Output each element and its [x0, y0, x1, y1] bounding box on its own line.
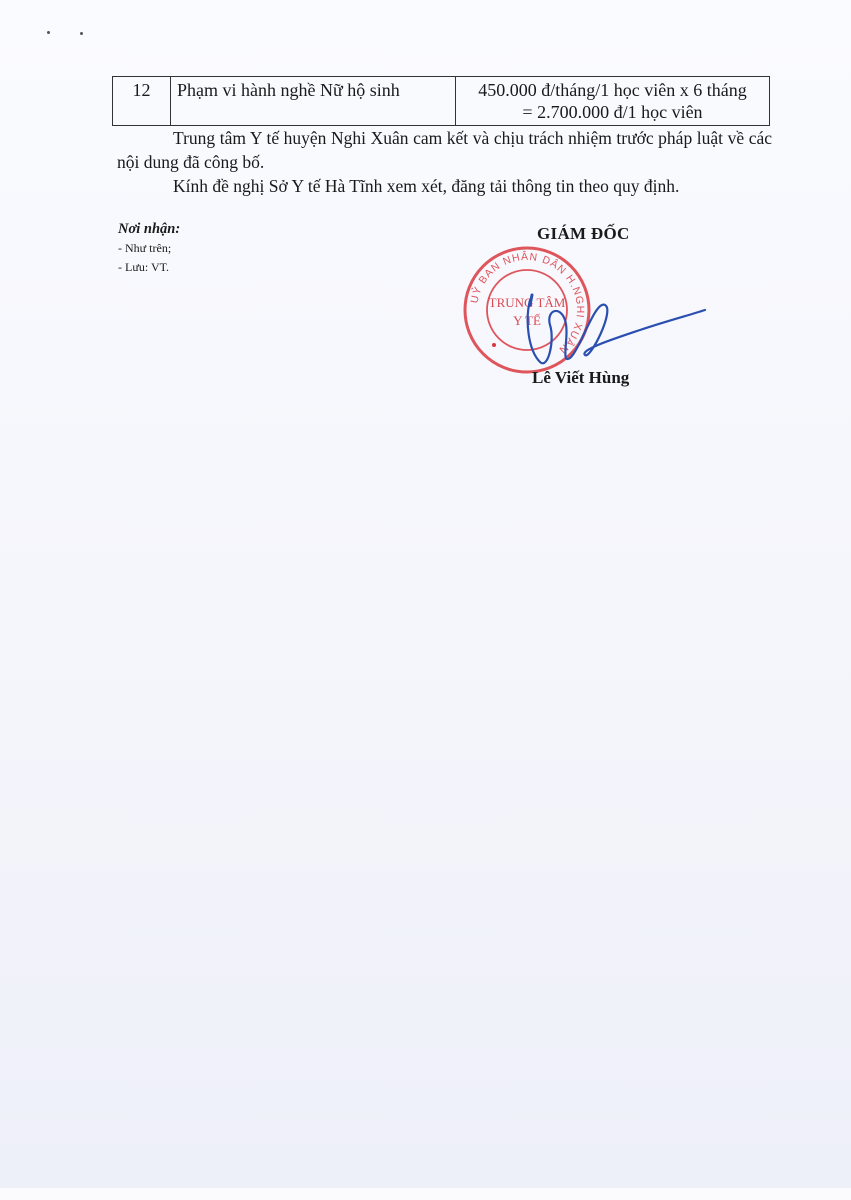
signer-name: Lê Viết Hùng	[532, 368, 629, 388]
row-item: Phạm vi hành nghề Nữ hộ sinh	[171, 77, 456, 126]
row-number: 12	[113, 77, 171, 126]
request-paragraph: Kính đề nghị Sở Y tế Hà Tĩnh xem xét, đă…	[117, 174, 772, 198]
row-fee-line2: = 2.700.000 đ/1 học viên	[462, 101, 763, 123]
table-row: 12 Phạm vi hành nghề Nữ hộ sinh 450.000 …	[113, 77, 770, 126]
row-fee: 450.000 đ/tháng/1 học viên x 6 tháng = 2…	[456, 77, 770, 126]
scan-speck	[47, 31, 50, 34]
recipients-title: Nơi nhận:	[118, 220, 180, 239]
recipients-block: Nơi nhận: - Như trên; - Lưu: VT.	[118, 220, 180, 277]
row-fee-line1: 450.000 đ/tháng/1 học viên x 6 tháng	[462, 79, 763, 101]
position-title: GIÁM ĐỐC	[537, 224, 630, 244]
recipient-item: - Như trên;	[118, 239, 180, 258]
commitment-paragraph: Trung tâm Y tế huyện Nghi Xuân cam kết v…	[117, 126, 772, 174]
page-bottom-edge	[0, 1188, 851, 1200]
fee-table: 12 Phạm vi hành nghề Nữ hộ sinh 450.000 …	[112, 76, 770, 126]
recipient-item: - Lưu: VT.	[118, 258, 180, 277]
signature-icon	[510, 280, 710, 380]
scan-speck	[80, 32, 83, 35]
